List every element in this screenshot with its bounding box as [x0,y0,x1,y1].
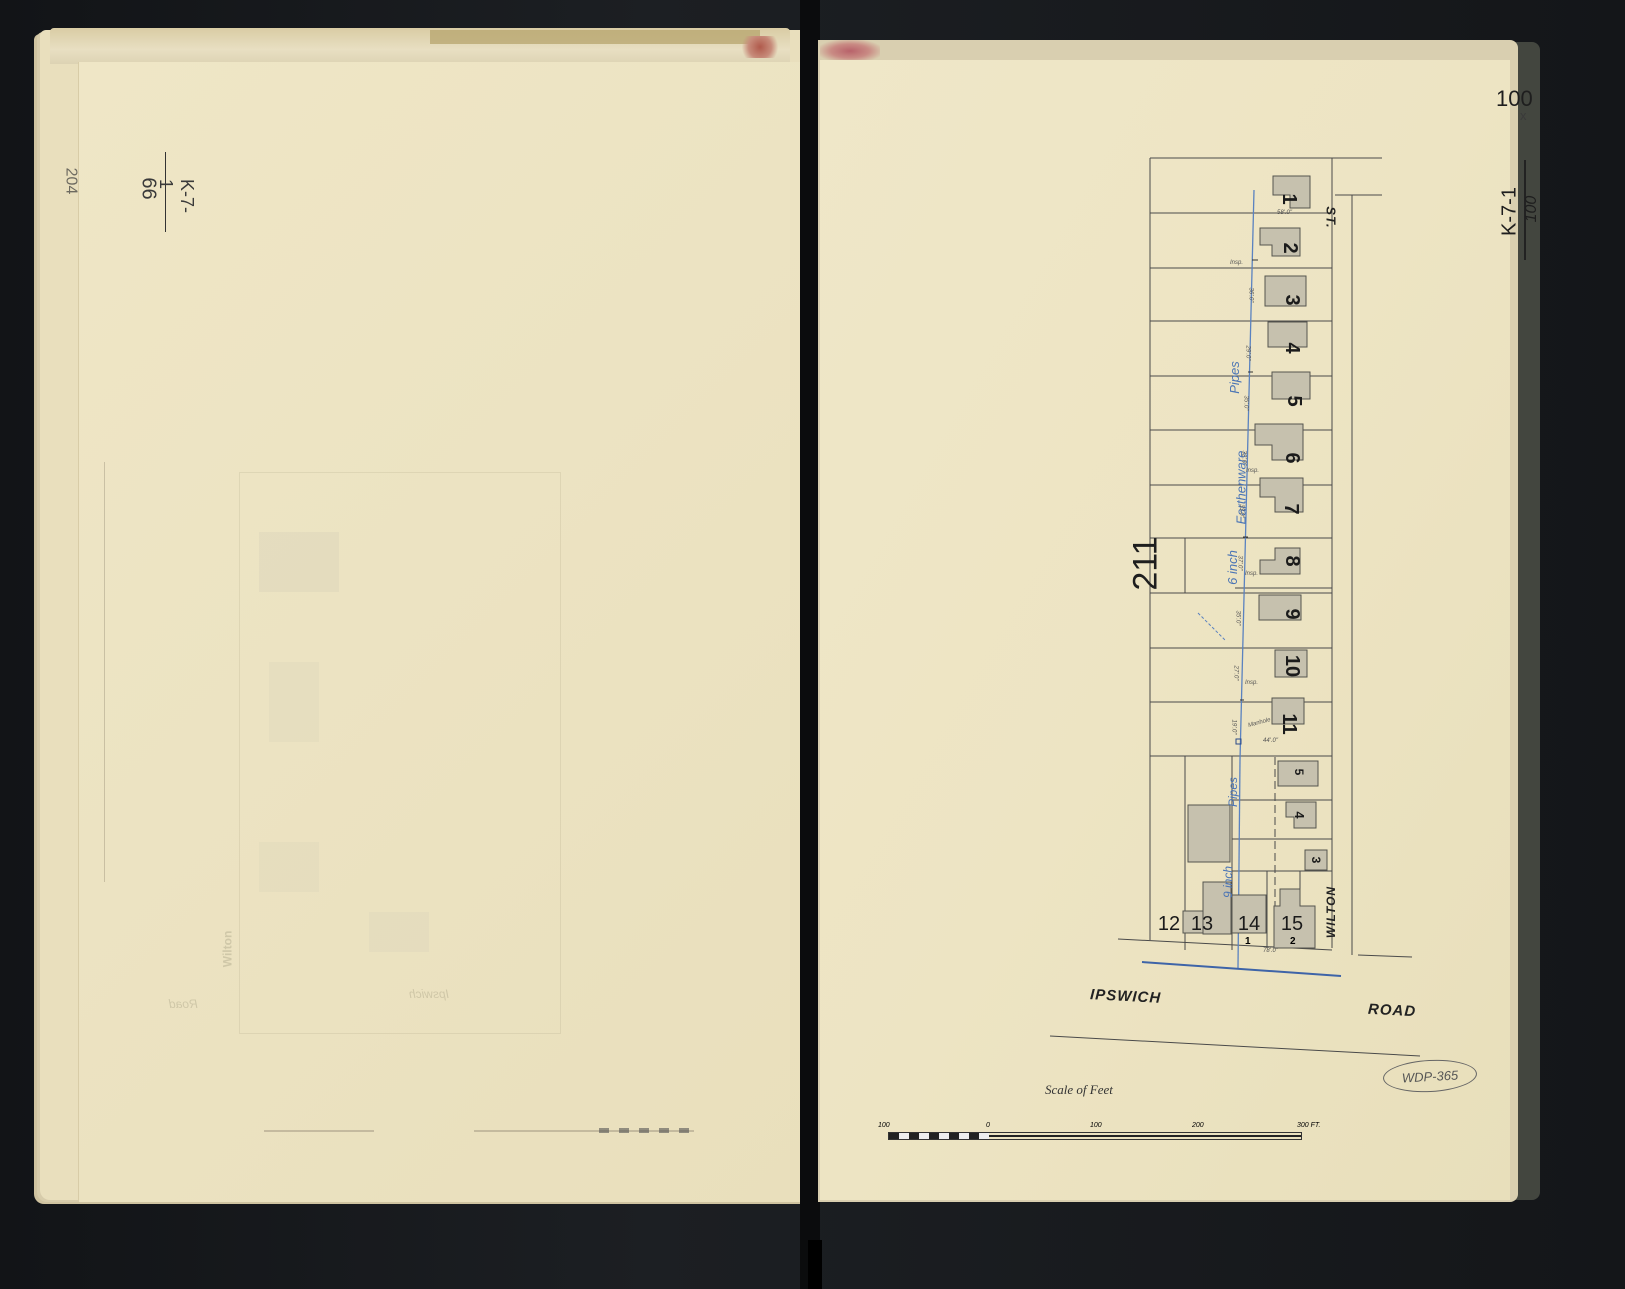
sublot-label-1: 1 [1245,936,1251,947]
map-ref-denominator: 100 [1523,179,1541,239]
page-mark: x [1520,108,1527,123]
right-page: 100 x K-7-1 100 [820,60,1510,1200]
street-label-st: ST. [1324,206,1339,228]
scale-bar-main [989,1135,1301,1137]
dimension-note: Insp. [1246,468,1259,474]
sublot-5: 5 [1289,762,1309,782]
dimension-note: 36'.0" [1247,288,1253,303]
lot-3: 3 [1278,286,1306,314]
dimension-note: 37'.0" [1236,556,1242,571]
dimension-note: 58'.0" [1277,210,1292,216]
lot-14: 14 [1232,912,1266,936]
lot-13: 13 [1186,912,1218,936]
lot-1: 1 [1275,185,1303,213]
street-label-wilton: WILTON [1324,886,1338,938]
lot-15: 15 [1275,912,1309,936]
lot-11: 11 [1275,707,1303,741]
lot-8: 8 [1278,547,1306,575]
pipe-label-9-inch: 9 inch [1221,866,1235,898]
lot-4: 4 [1278,334,1306,362]
block-number: 211 [1127,534,1166,594]
dimension-note: 44'.0" [1263,738,1278,744]
dimension-note: 19'.0" [1230,720,1236,735]
lot-9: 9 [1278,600,1306,628]
lot-10: 10 [1278,649,1306,683]
scale-tick-300: 300 FT. [1297,1122,1320,1129]
scale-title: Scale of Feet [1045,1082,1113,1098]
left-pencil-ref: 66 K-7-1 [115,147,195,237]
lot-2: 2 [1276,234,1304,262]
pipe-label-pipes-upper: Pipes [1227,361,1242,394]
torn-edge [430,30,760,44]
book-spine [800,0,820,1289]
scale-tick-100-left: 100 [878,1122,890,1129]
scale-bar-subdivision [889,1133,989,1139]
dimension-note: 35'.0" [1242,396,1248,411]
sublot-3: 3 [1306,850,1326,870]
edge-note: 204 [61,168,79,195]
bleed-scale-ticks [599,1128,689,1133]
scale-tick-100: 100 [1090,1122,1102,1129]
lot-5: 5 [1280,387,1308,415]
dimension-note: Insp. [1230,260,1243,266]
road-label-road: ROAD [1368,1001,1417,1020]
bleed-ipswich: Ipswich [409,987,449,1001]
left-page: 66 K-7-1 204 Wilton Road Ipswich [78,62,809,1202]
bleed-road: Road [169,997,198,1011]
dimension-note: 35'.0" [1234,611,1240,626]
left-ref-denominator: K-7-1 [155,179,197,217]
dimension-note: Insp. [1245,571,1258,577]
dimension-note: 29'.0" [1244,346,1250,361]
spine-bottom [808,1240,822,1289]
bleed-building [259,532,339,592]
lot-12: 12 [1153,912,1185,936]
dimension-note: Insp. [1245,680,1258,686]
scale-tick-0: 0 [986,1122,990,1129]
dimension-note: 33.0" [1238,504,1244,518]
red-stain [740,36,780,58]
scale-tick-200: 200 [1192,1122,1204,1129]
lot-7: 7 [1277,495,1305,523]
sublot-4: 4 [1290,805,1310,825]
lot-6: 6 [1278,444,1306,472]
scale-bar [888,1132,1302,1140]
bleed-street-wilton: Wilton [220,931,234,968]
block-plan-map [820,60,1510,1200]
road-label-ipswich: IPSWICH [1090,986,1162,1007]
bleed-building [259,842,319,892]
red-stain [820,40,880,62]
sublot-label-2: 2 [1290,936,1296,947]
dimension-note: 78'.0" [1263,948,1278,954]
bleed-building [369,912,429,952]
bleed-scale-bar [264,1130,374,1132]
dimension-note: 27'.0" [1232,666,1238,681]
pipe-label-pipes-lower: Pipes [1226,777,1240,807]
dimension-note: 32'.0" [1240,451,1246,466]
margin-line [104,462,105,882]
bleed-building [269,662,319,742]
